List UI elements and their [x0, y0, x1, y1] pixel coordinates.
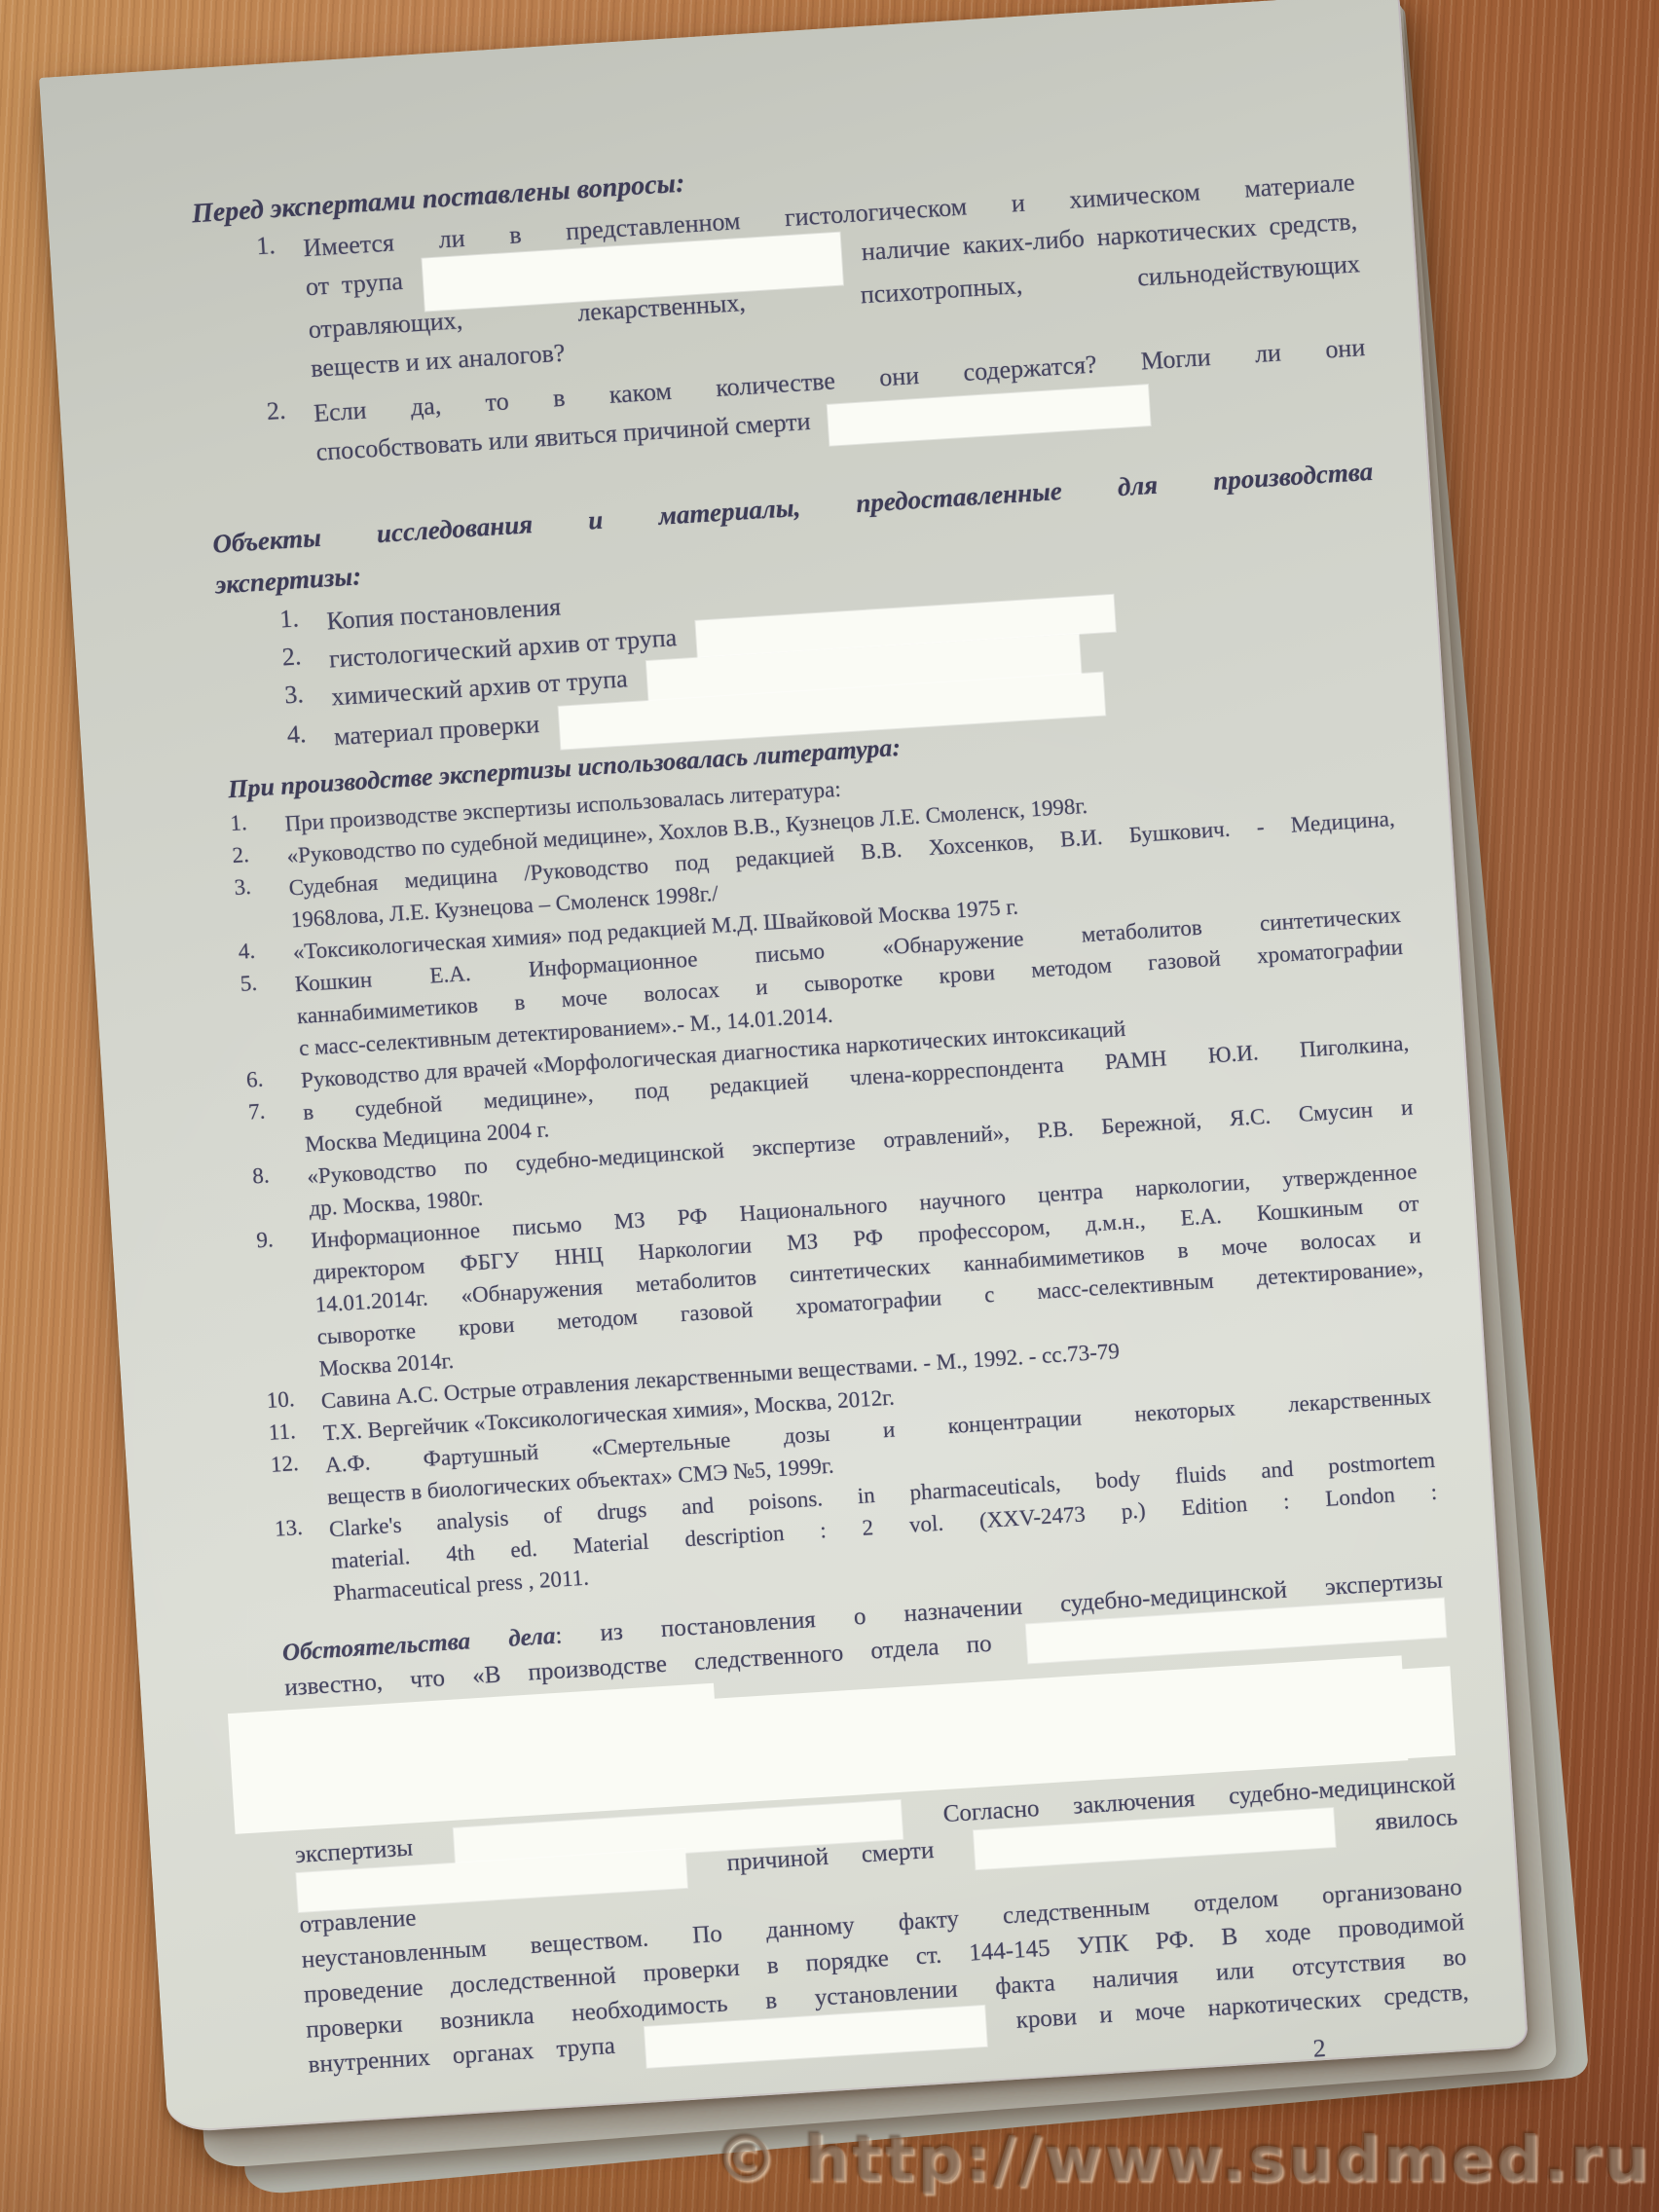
literature-list: 1. При производстве экспертизы использов…	[230, 738, 1440, 1612]
redaction-box	[1395, 1666, 1456, 1758]
object-number: 2.	[281, 641, 330, 682]
question-number: 2.	[266, 394, 317, 475]
object-number: 1.	[278, 603, 327, 644]
page-content: Перед экспертами поставлены вопросы: 1. …	[39, 0, 1529, 2133]
photo-scene: Перед экспертами поставлены вопросы: 1. …	[0, 0, 1659, 2212]
object-number: 4.	[286, 718, 335, 760]
site-watermark: © http://www.sudmed.ru	[715, 2124, 1651, 2196]
circumstances-paragraph: Обстоятельства дела: из постановления о …	[281, 1564, 1470, 2084]
object-number: 3.	[283, 678, 332, 720]
document-page: Перед экспертами поставлены вопросы: 1. …	[39, 0, 1529, 2133]
redaction-box	[228, 1683, 721, 1834]
